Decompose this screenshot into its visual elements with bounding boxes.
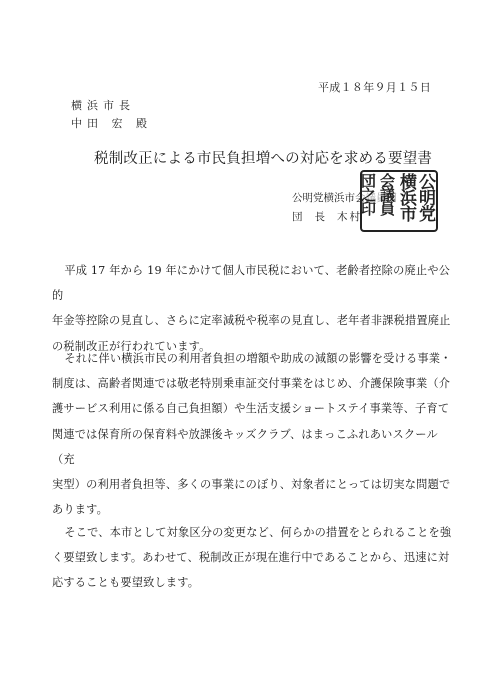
official-seal-stamp: 公明党 横浜市 会議員 団之印 [360,170,438,232]
document-date: 平成１８年９月１５日 [318,79,431,95]
paragraph-line: あります。 [52,497,452,522]
paragraph-line: 実型）の利用者負担等、多くの事業にのぼり、対象者にとっては切実な問題で [52,472,452,497]
addressee-name: 中田 宏 殿 [71,115,152,131]
paragraph-line: 平成 17 年から 19 年にかけて個人市民税において、老齢者控除の廃止や公的 [52,258,452,308]
stamp-column-2: 横浜市 [396,173,415,229]
stamp-column-4: 団之印 [358,173,377,229]
paragraph-line: 制度は、高齢者関連では敬老特別乗車証交付事業をはじめ、介護保険事業（介 [52,371,452,396]
sender-role-2: 長 [315,211,328,223]
paragraph-line: それに伴い横浜市民の利用者負担の増額や助成の減額の影響を受ける事業・ [52,346,452,371]
paragraph-line: 関連では保育所の保育料や放課後キッズクラブ、はまっこふれあいスクール（充 [52,422,452,472]
sender-representative: 団長木村 [292,209,362,224]
paragraph-line: 年金等控除の見直し、さらに定率減税や税率の見直し、老年者非課税措置廃止 [52,308,452,333]
paragraph-line: く要望致します。あわせて、税制改正が現在進行中であることから、迅速に対 [52,545,452,570]
paragraph-line: 護サービス利用に係る自己負担額）や生活支援ショートステイ事業等、子育て [52,396,452,421]
stamp-column-3: 会議員 [377,173,396,229]
paragraph-line: そこで、本市として対象区分の変更など、何らかの措置をとられることを強 [52,520,452,545]
paragraph-3: そこで、本市として対象区分の変更など、何らかの措置をとられることを強 く要望致し… [52,520,452,596]
addressee-title: 横浜市長 [71,97,135,113]
paragraph-2: それに伴い横浜市民の利用者負担の増額や助成の減額の影響を受ける事業・ 制度は、高… [52,346,452,522]
stamp-column-1: 公明党 [415,173,434,229]
document-title: 税制改正による市民負担増への対応を求める要望書 [94,147,432,168]
paragraph-line: 応することも要望致します。 [52,570,452,595]
paragraph-1: 平成 17 年から 19 年にかけて個人市民税において、老齢者控除の廃止や公的 … [52,258,452,359]
sender-role-1: 団 [292,211,305,223]
